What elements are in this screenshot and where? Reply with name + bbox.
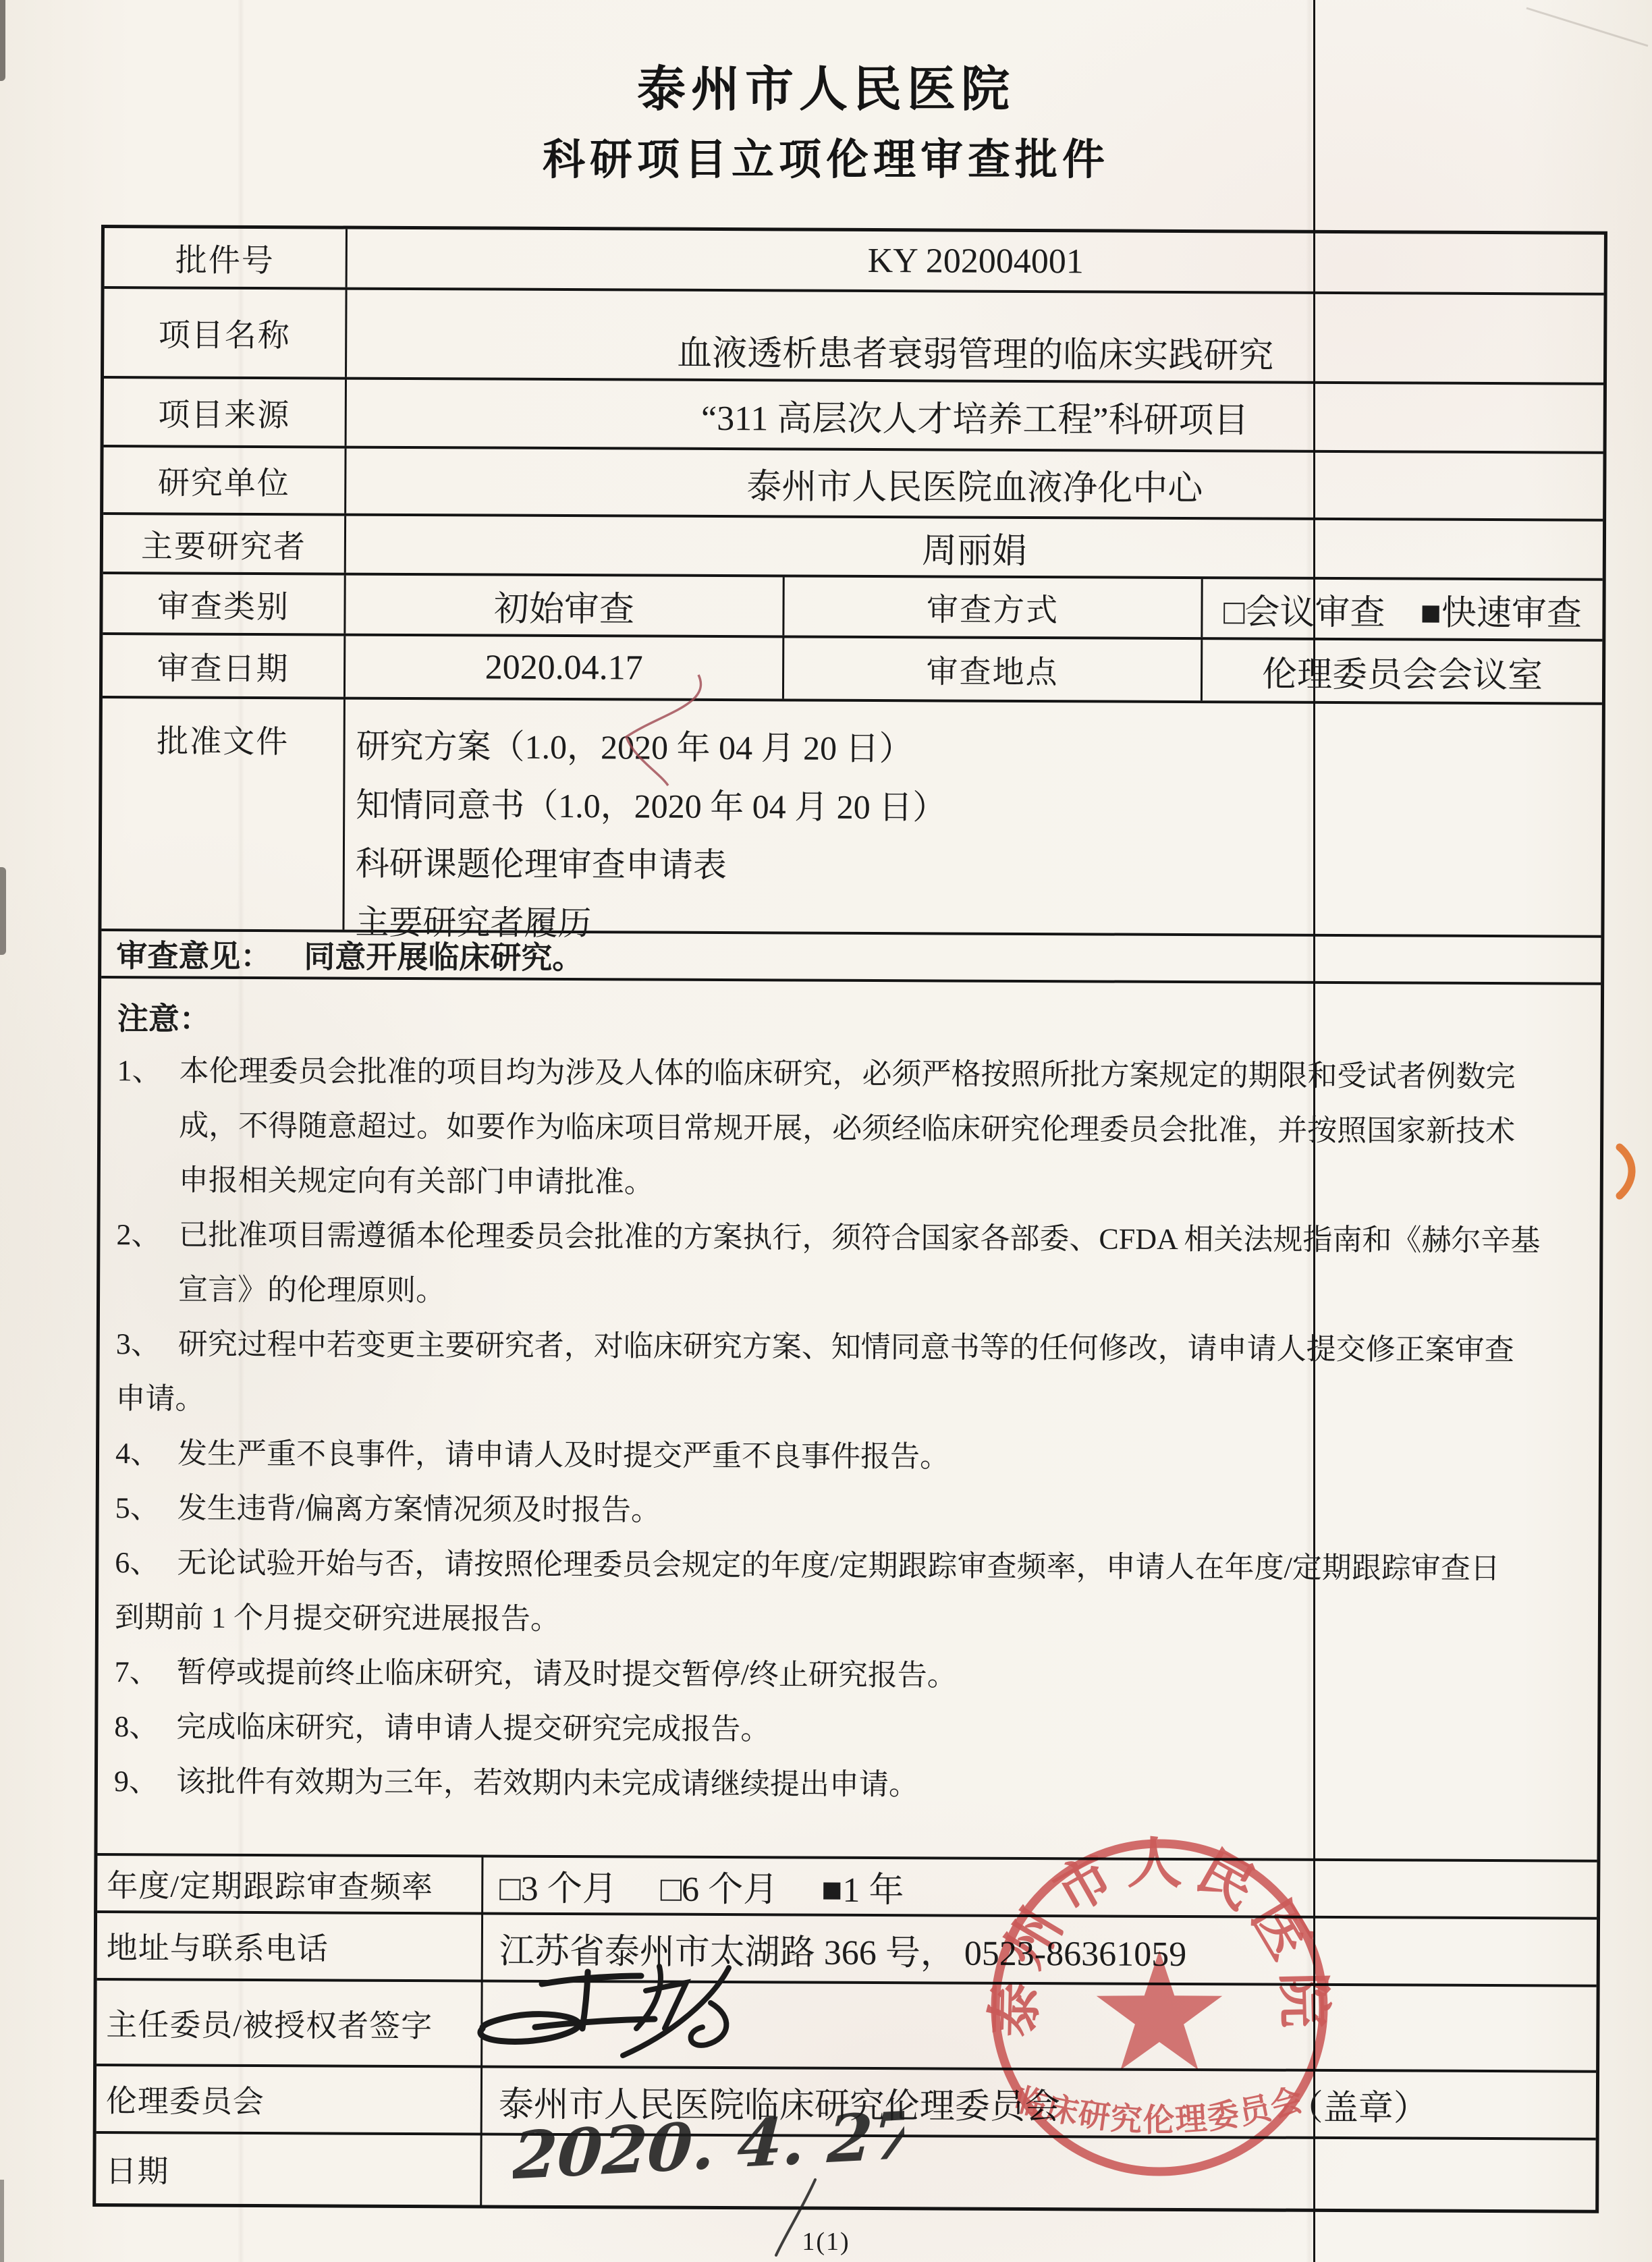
row-review-date: 审查日期 2020.04.17 审查地点 伦理委员会会议室: [103, 635, 1602, 705]
row-chairman-signature: 主任委员/被授权者签字: [97, 1981, 1597, 2073]
document-title: 科研项目立项伦理审查批件: [0, 126, 1652, 187]
row-contact: 地址与联系电话 江苏省泰州市太湖路 366 号， 0523-86361059: [97, 1913, 1597, 1987]
checkbox-3-months: □3 个月: [499, 1860, 617, 1911]
principal-investigator-value: 周丽娟: [346, 516, 1603, 578]
row-project-source: 项目来源 “311 高层次人才培养工程”科研项目: [104, 379, 1603, 454]
project-name-label: 项目名称: [104, 289, 348, 377]
review-category-label: 审查类别: [103, 574, 346, 634]
approved-documents-list: 研究方案（1.0，2020 年 04 月 20 日） 知情同意书（1.0，202…: [344, 700, 1601, 935]
scanned-document-page: 泰州市人民医院 科研项目立项伦理审查批件 批件号 KY 202004001 项目…: [0, 0, 1652, 2262]
notes-title: 注意：: [117, 993, 1541, 1049]
note-line: 4、发生严重不良事件，请申请人及时提交严重不良事件报告。: [115, 1426, 1539, 1487]
review-opinion-value: 同意开展临床研究。: [304, 932, 583, 978]
approval-no-value: KY 202004001: [348, 229, 1604, 293]
project-source-label: 项目来源: [104, 379, 347, 446]
checkbox-meeting-review: □会议审查: [1223, 583, 1385, 634]
review-method-label: 审查方式: [784, 577, 1203, 637]
page-number: 1(1): [0, 2227, 1652, 2257]
note-line: 6、无论试验开始与否，请按照伦理委员会规定的年度/定期跟踪审查频率，申请人在年度…: [115, 1535, 1539, 1596]
scan-edge-artifact: [0, 867, 6, 955]
corner-fold-line: [1526, 8, 1648, 46]
follow-up-frequency-options: □3 个月 □6 个月 ■1 年: [483, 1857, 1597, 1916]
contact-value: 江苏省泰州市太湖路 366 号， 0523-86361059: [483, 1914, 1597, 1984]
hospital-title: 泰州市人民医院: [0, 50, 1652, 120]
review-method-options: □会议审查 ■快速审查: [1203, 579, 1602, 639]
note-line: 2、已批准项目需遵循本伦理委员会批准的方案执行，须符合国家各部委、CFDA 相关…: [116, 1207, 1540, 1268]
row-approval-no: 批件号 KY 202004001: [105, 228, 1604, 296]
review-opinion-label: 审查意见：: [116, 931, 271, 976]
checkbox-fast-review-checked: ■快速审查: [1420, 584, 1582, 635]
review-place-label: 审查地点: [784, 638, 1203, 700]
note-line: 7、暂停或提前终止临床研究，请及时提交暂停/终止研究报告。: [114, 1645, 1538, 1705]
row-notes: 注意： 1、本伦理委员会批准的项目均为涉及人体的临床研究，必须严格按照所批方案规…: [97, 978, 1601, 1863]
ethics-committee-value-cell: 泰州市人民医院临床研究伦理委员会 （盖章）: [483, 2068, 1596, 2137]
checkbox-1-year-checked: ■1 年: [821, 1861, 904, 1912]
chairman-signature-area: [483, 1982, 1597, 2070]
row-approved-documents: 批准文件 研究方案（1.0，2020 年 04 月 20 日） 知情同意书（1.…: [101, 698, 1601, 938]
orange-edge-mark: [1620, 1147, 1632, 1196]
review-place-value: 伦理委员会会议室: [1203, 640, 1602, 702]
seal-here-note: （盖章）: [1288, 2078, 1429, 2130]
contact-label: 地址与联系电话: [97, 1913, 483, 1979]
research-unit-label: 研究单位: [103, 447, 346, 514]
note-line: 9、该批件有效期为三年，若效期内未完成请继续提出申请。: [114, 1754, 1538, 1815]
note-line: 宣言》的伦理原则。: [116, 1262, 1540, 1323]
approved-document-item: 知情同意书（1.0，2020 年 04 月 20 日）: [356, 776, 1595, 840]
note-line: 申报相关规定向有关部门申请批准。: [117, 1153, 1541, 1213]
row-principal-investigator: 主要研究者 周丽娟: [103, 515, 1603, 581]
project-source-value: “311 高层次人才培养工程”科研项目: [347, 380, 1603, 451]
note-line: 成，不得随意超过。如要作为临床项目常规开展，必须经临床研究伦理委员会批准，并按照…: [117, 1098, 1541, 1159]
row-date: 日期: [96, 2134, 1595, 2210]
note-line: 5、发生违背/偏离方案情况须及时报告。: [115, 1481, 1539, 1541]
review-date-value: 2020.04.17: [346, 636, 784, 699]
row-project-name: 项目名称 血液透析患者衰弱管理的临床实践研究: [104, 289, 1604, 385]
note-line: 1、本伦理委员会批准的项目均为涉及人体的临床研究，必须严格按照所批方案规定的期限…: [117, 1043, 1541, 1104]
review-category-value: 初始审查: [346, 576, 784, 636]
project-name-value: 血液透析患者衰弱管理的临床实践研究: [347, 290, 1604, 383]
ethics-committee-label: 伦理委员会: [97, 2066, 483, 2132]
approved-document-item: 科研课题伦理审查申请表: [356, 835, 1595, 899]
date-label: 日期: [96, 2134, 482, 2205]
notes-section: 注意： 1、本伦理委员会批准的项目均为涉及人体的临床研究，必须严格按照所批方案规…: [97, 978, 1559, 1859]
note-line: 申请。: [115, 1371, 1539, 1432]
row-review-opinion: 审查意见： 同意开展临床研究。: [101, 931, 1601, 985]
approved-documents-label: 批准文件: [101, 698, 345, 930]
row-follow-up-frequency: 年度/定期跟踪审查频率 □3 个月 □6 个月 ■1 年: [97, 1856, 1597, 1920]
row-review-category: 审查类别 初始审查 审查方式 □会议审查 ■快速审查: [103, 574, 1602, 642]
chairman-signature-label: 主任委员/被授权者签字: [97, 1981, 483, 2065]
note-line: 3、研究过程中若变更主要研究者，对临床研究方案、知情同意书等的任何修改，请申请人…: [116, 1317, 1540, 1377]
approval-table: 批件号 KY 202004001 项目名称 血液透析患者衰弱管理的临床实践研究 …: [92, 225, 1607, 2213]
date-handwriting-area: [482, 2135, 1595, 2209]
ethics-committee-name: 泰州市人民医院临床研究伦理委员会: [499, 2075, 1060, 2128]
principal-investigator-label: 主要研究者: [103, 515, 346, 573]
row-ethics-committee: 伦理委员会 泰州市人民医院临床研究伦理委员会 （盖章）: [97, 2066, 1596, 2141]
follow-up-frequency-label: 年度/定期跟踪审查频率: [97, 1856, 483, 1912]
note-line: 到期前 1 个月提交研究进展报告。: [115, 1590, 1539, 1651]
approval-no-label: 批件号: [105, 228, 348, 287]
row-research-unit: 研究单位 泰州市人民医院血液净化中心: [103, 447, 1603, 522]
approved-document-item: 研究方案（1.0，2020 年 04 月 20 日）: [356, 717, 1595, 781]
note-line: 8、完成临床研究，请申请人提交研究完成报告。: [114, 1699, 1538, 1760]
review-date-label: 审查日期: [103, 635, 346, 697]
checkbox-6-months: □6 个月: [661, 1860, 779, 1912]
research-unit-value: 泰州市人民医院血液净化中心: [346, 449, 1603, 519]
